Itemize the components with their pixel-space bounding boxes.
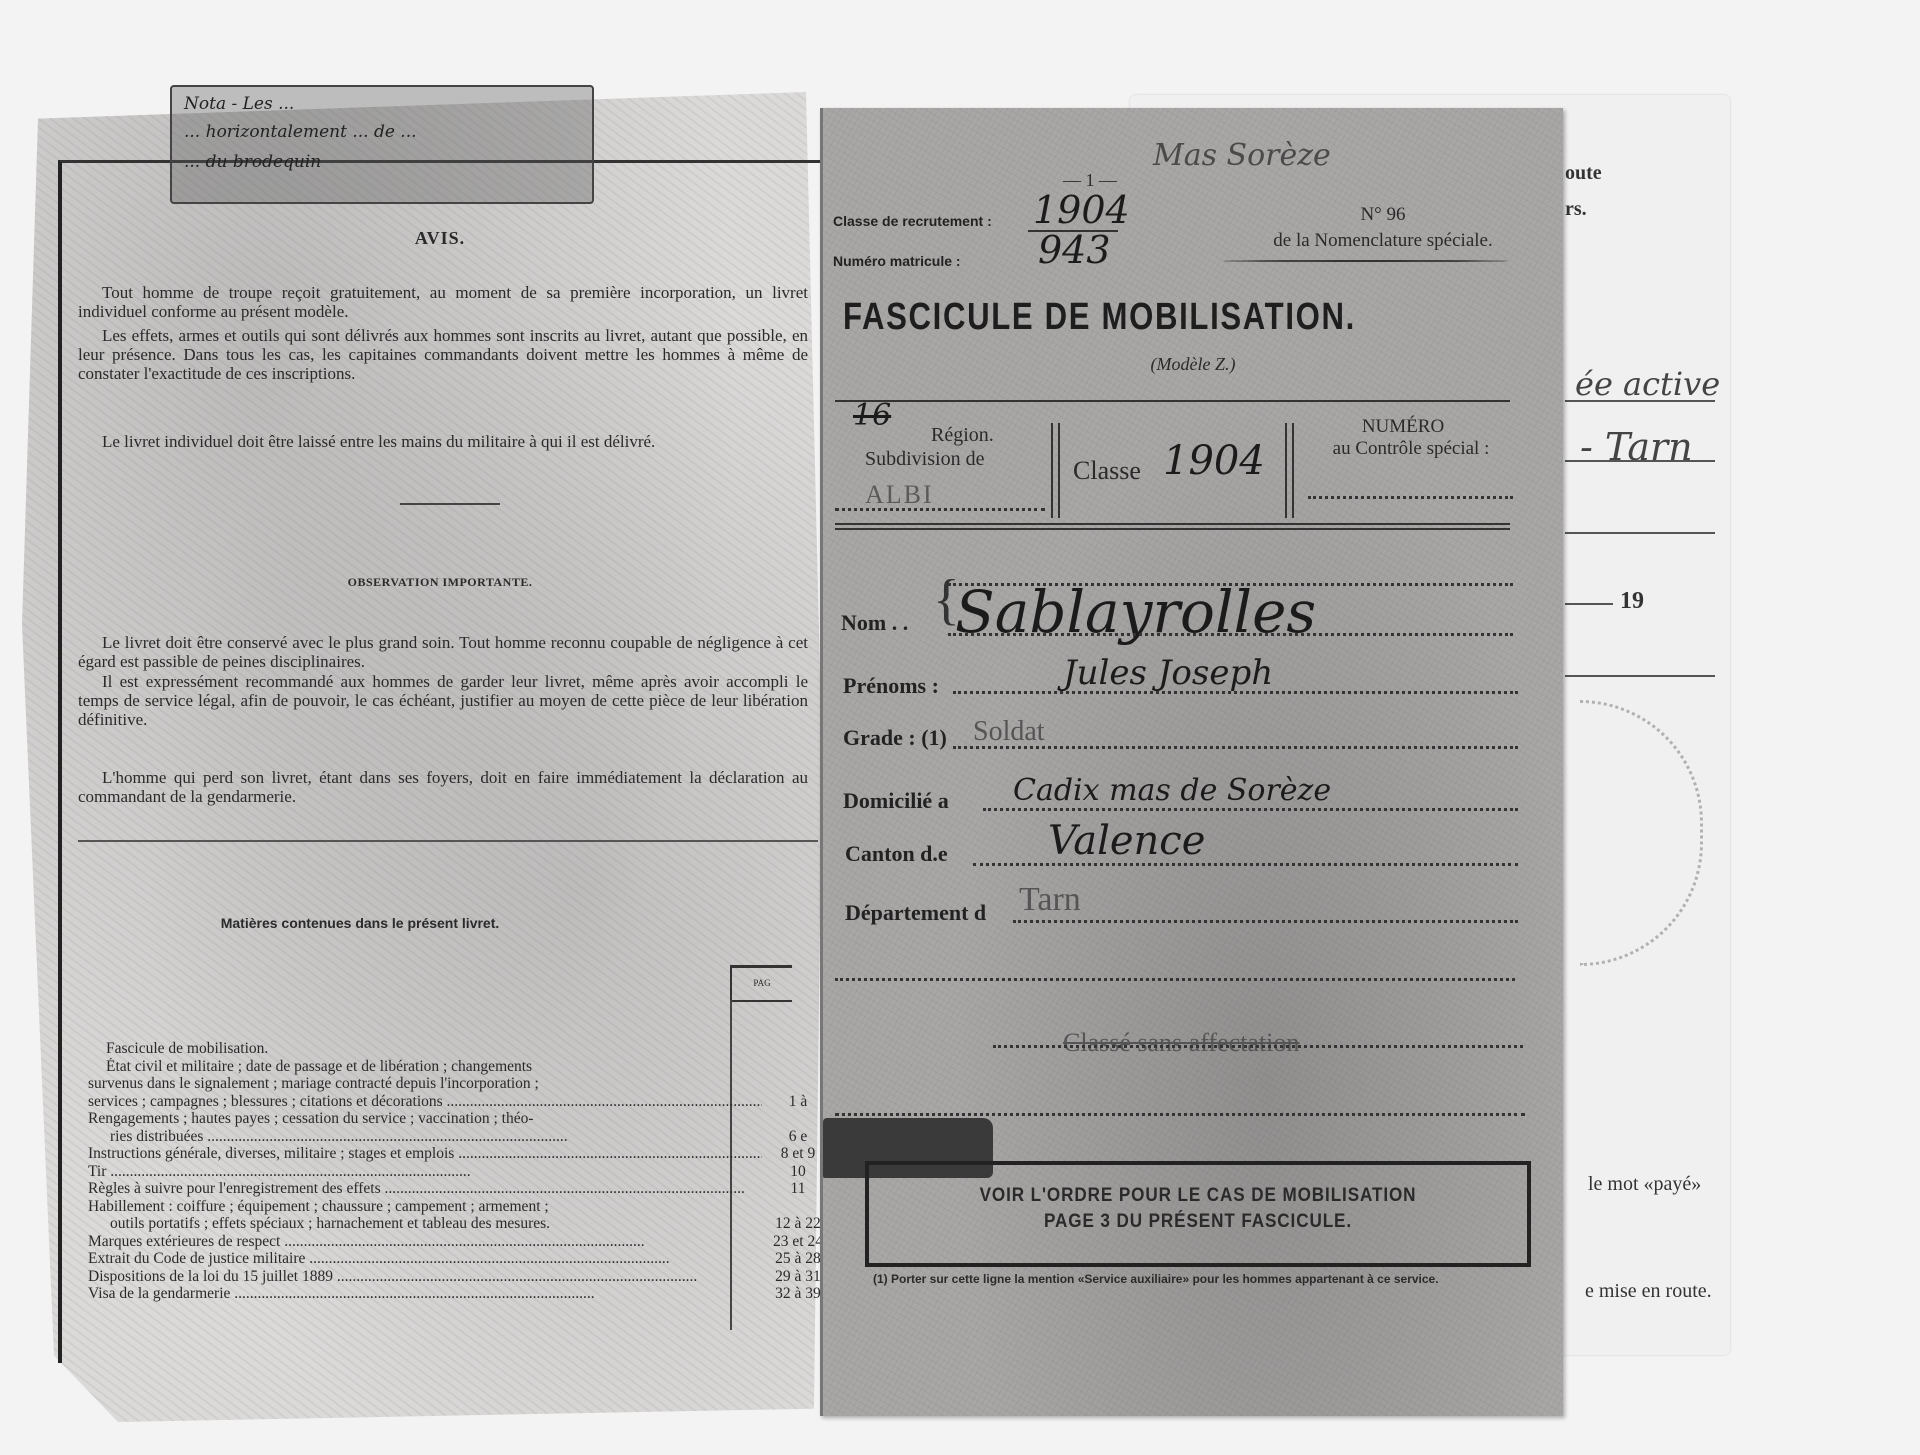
subdivision-value: ALBI bbox=[865, 480, 934, 510]
column-rule bbox=[1285, 423, 1294, 518]
dotted-line bbox=[983, 808, 1518, 811]
classe-recrutement-value: 1904 bbox=[1033, 188, 1130, 232]
toc-row: Règles à suivre pour l'enregistrement de… bbox=[88, 1180, 828, 1198]
back-rule bbox=[1565, 603, 1613, 605]
dotted-line bbox=[953, 746, 1518, 749]
nom-label: Nom . . bbox=[841, 610, 908, 636]
fascicule-de-mobilisation: Mas Sorèze — 1 — Classe de recrutement :… bbox=[820, 108, 1563, 1416]
grade-label: Grade : (1) bbox=[843, 725, 947, 751]
toc-row: Tir10 bbox=[88, 1163, 828, 1181]
nomenclature-number: N° 96 bbox=[1223, 204, 1543, 226]
mobilisation-order-box: VOIR L'ORDRE POUR LE CAS DE MOBILISATION… bbox=[865, 1161, 1531, 1267]
region-label: Région. bbox=[931, 424, 994, 447]
toc-row: Instructions générale, diverses, militai… bbox=[88, 1145, 828, 1163]
toc-row: services ; campagnes ; blessures ; citat… bbox=[88, 1093, 828, 1111]
classe-label: Classe bbox=[1073, 456, 1141, 486]
back-year-prefix: 19 bbox=[1620, 588, 1644, 615]
dotted-line bbox=[835, 1113, 1525, 1116]
toc-page-header: PAG bbox=[730, 965, 792, 1002]
dotted-line bbox=[973, 863, 1518, 866]
numero-label: NUMÉRO bbox=[1303, 416, 1503, 438]
table-rule-bottom bbox=[835, 528, 1510, 530]
handwritten-top: Mas Sorèze bbox=[1153, 138, 1331, 173]
dotted-line bbox=[993, 1045, 1523, 1048]
observation-paragraph: Le livret doit être conservé avec le plu… bbox=[78, 633, 808, 671]
domicile-value: Cadix mas de Sorèze bbox=[1013, 773, 1331, 808]
back-print-fragment: oute bbox=[1565, 162, 1602, 185]
footnote: (1) Porter sur cette ligne la mention «S… bbox=[853, 1270, 1533, 1288]
toc-row: Dispositions de la loi du 15 juillet 188… bbox=[88, 1268, 828, 1286]
toc-row: Habillement : coiffure ; équipement ; ch… bbox=[88, 1198, 828, 1216]
classification-stamp: Classé sans affectation bbox=[1063, 1028, 1299, 1058]
back-rule bbox=[1565, 400, 1715, 402]
numero-matricule-value: 943 bbox=[1038, 228, 1111, 272]
toc-row: Marques extérieures de respect23 et 24 bbox=[88, 1233, 828, 1251]
toc-row: État civil et militaire ; date de passag… bbox=[88, 1058, 828, 1076]
dotted-line bbox=[835, 978, 1515, 981]
toc-row: survenus dans le signalement ; mariage c… bbox=[88, 1075, 828, 1093]
toc-row: Rengagements ; hautes payes ; cessation … bbox=[88, 1110, 828, 1128]
region-number: 16 bbox=[853, 398, 891, 433]
toc-row: Fascicule de mobilisation. bbox=[88, 1040, 828, 1058]
observation-heading: OBSERVATION IMPORTANTE. bbox=[60, 575, 820, 590]
back-print-fragment: le mot «payé» bbox=[1588, 1173, 1701, 1196]
back-print-fragment: rs. bbox=[1565, 198, 1587, 221]
prenoms-label: Prénoms : bbox=[843, 673, 939, 699]
order-line: PAGE 3 DU PRÉSENT FASCICULE. bbox=[902, 1209, 1494, 1235]
avis-paragraph: Les effets, armes et outils qui sont dél… bbox=[78, 326, 808, 383]
dotted-line bbox=[835, 508, 1045, 511]
avis-paragraph: Tout homme de troupe reçoit gratuitement… bbox=[78, 283, 808, 321]
back-handwritten: - Tarn bbox=[1580, 425, 1693, 469]
departement-label: Département d bbox=[845, 900, 986, 926]
toc-row: outils portatifs ; effets spéciaux ; har… bbox=[88, 1215, 828, 1233]
model-label: (Modèle Z.) bbox=[823, 354, 1563, 375]
grade-value: Soldat bbox=[973, 716, 1045, 748]
note-line: ... horizontalement ... de ... bbox=[184, 119, 417, 145]
document-title: FASCICULE DE MOBILISATION. bbox=[843, 296, 1483, 339]
note-line: Nota - Les ... bbox=[184, 91, 294, 117]
dotted-line bbox=[953, 691, 1518, 694]
classe-recrutement-label: Classe de recrutement : bbox=[833, 213, 992, 229]
dotted-line bbox=[948, 633, 1513, 636]
table-rule-bottom bbox=[835, 523, 1510, 525]
avis-paragraph: Le livret individuel doit être laissé en… bbox=[78, 432, 808, 451]
back-rule bbox=[1565, 532, 1715, 534]
section-divider bbox=[78, 840, 818, 842]
observation-paragraph: Il est expressément recommandé aux homme… bbox=[78, 672, 808, 729]
canton-value: Valence bbox=[1048, 818, 1205, 864]
domicile-label: Domicilié a bbox=[843, 788, 949, 814]
controle-special-label: au Contrôle spécial : bbox=[1301, 438, 1521, 460]
back-print-fragment: e mise en route. bbox=[1585, 1280, 1712, 1303]
back-rule bbox=[1565, 460, 1715, 462]
avis-heading: AVIS. bbox=[60, 228, 820, 249]
brace-underline bbox=[1223, 260, 1508, 262]
numero-matricule-label: Numéro matricule : bbox=[833, 253, 961, 269]
handwritten-note-patch: Nota - Les ... ... horizontalement ... d… bbox=[170, 85, 594, 204]
departement-value: Tarn bbox=[1019, 881, 1081, 919]
classe-value: 1904 bbox=[1163, 438, 1265, 484]
toc-row: ries distribuées6 e bbox=[88, 1128, 828, 1146]
toc-row: Extrait du Code de justice militaire25 à… bbox=[88, 1250, 828, 1268]
note-line: ... du brodequin bbox=[184, 149, 321, 175]
order-line: VOIR L'ORDRE POUR LE CAS DE MOBILISATION bbox=[902, 1165, 1494, 1209]
toc-heading: Matières contenues dans le présent livre… bbox=[60, 915, 660, 931]
observation-paragraph: L'homme qui perd son livret, étant dans … bbox=[78, 768, 808, 806]
canton-label: Canton d.e bbox=[845, 841, 948, 867]
column-rule bbox=[1051, 423, 1060, 518]
prenoms-value: Jules Joseph bbox=[1063, 653, 1273, 693]
separator bbox=[400, 503, 500, 505]
back-rule bbox=[1565, 675, 1715, 677]
table-rule-top bbox=[835, 400, 1510, 402]
subdivision-label: Subdivision de bbox=[865, 448, 984, 471]
table-of-contents: Fascicule de mobilisation. État civil et… bbox=[88, 1040, 828, 1303]
dotted-line bbox=[1013, 920, 1518, 923]
toc-row: Visa de la gendarmerie32 à 39 bbox=[88, 1285, 828, 1303]
back-handwritten: ée active bbox=[1575, 365, 1720, 403]
dotted-line bbox=[1308, 496, 1513, 499]
nomenclature-label: de la Nomenclature spéciale. bbox=[1223, 230, 1543, 252]
